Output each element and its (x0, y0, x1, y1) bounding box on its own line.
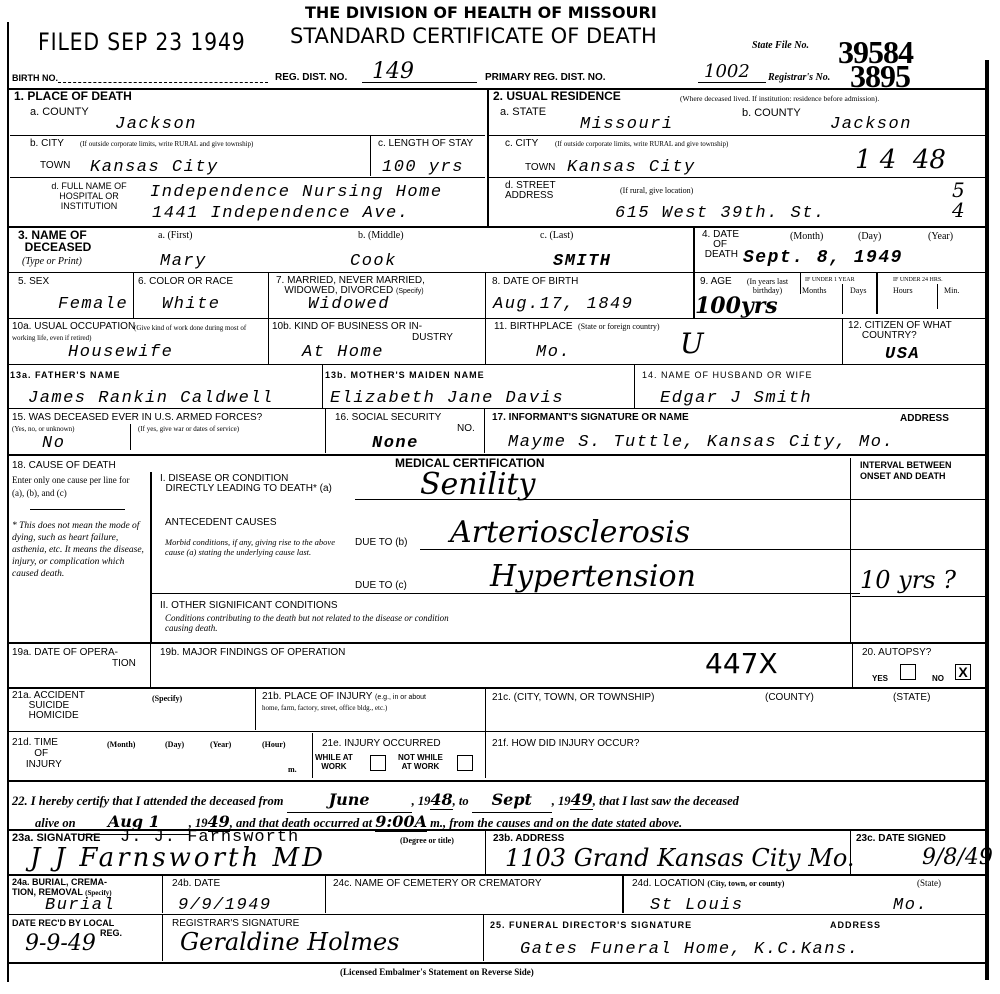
place-of-death-label: 1. PLACE OF DEATH (14, 91, 132, 102)
not-at-work-label: NOT WHILEAT WORK (398, 753, 443, 771)
name-note: (Type or Print) (22, 256, 82, 267)
father-name: James Rankin Caldwell (28, 390, 274, 408)
funeral-director-label: 25. FUNERAL DIRECTOR'S SIGNATURE (490, 920, 692, 931)
antecedent-note: Morbid conditions, if any, giving rise t… (165, 537, 350, 557)
physician-signature: J J Farnsworth MD (30, 846, 326, 870)
time-injury-label: 21d. TIME OF INJURY (12, 737, 62, 770)
under-1-year-label: IF UNDER 1 YEAR (805, 276, 855, 285)
min-label: Min. (944, 286, 959, 295)
cemetery-label: 24c. NAME OF CEMETERY OR CREMATORY (333, 878, 542, 889)
death-city: Kansas City (90, 159, 219, 177)
occupation-note: (Give kind of work done during most of w… (12, 323, 267, 343)
interval-c: 10 yrs ? (860, 568, 956, 592)
injury-city-label: 21c. (CITY, TOWN, OR TOWNSHIP) (492, 692, 654, 703)
place-injury-note: home, farm, factory, street, office bldg… (262, 704, 387, 713)
accident-specify: (Specify) (152, 694, 182, 703)
first-name: Mary (160, 253, 207, 271)
ssn: None (372, 435, 419, 453)
res-state-label: a. STATE (500, 107, 546, 118)
res-county: Jackson (830, 116, 912, 134)
degree-label: (Degree or title) (400, 836, 454, 845)
funeral-address-label: ADDRESS (830, 920, 881, 931)
injury-m-label: m. (288, 765, 297, 774)
date-of-birth: Aug.17, 1849 (493, 296, 633, 314)
residence-note: (Where deceased lived. If institution: r… (680, 94, 879, 103)
at-work-checkbox[interactable] (370, 755, 386, 771)
primary-reg-dist-number: 1002 (704, 60, 750, 84)
cause-note: Enter only one cause per line for (a), (… (12, 474, 142, 500)
informant-label: 17. INFORMANT'S SIGNATURE OR NAME (492, 412, 689, 423)
hospital-label: d. FULL NAME OF HOSPITAL OR INSTITUTION (30, 181, 148, 211)
reg-dist-number: 149 (372, 60, 414, 84)
burial-state: Mo. (893, 897, 928, 915)
spouse-label: 14. NAME OF HUSBAND OR WIFE (642, 370, 813, 381)
injury-county-label: (COUNTY) (765, 692, 814, 703)
registrar-signature: Geraldine Holmes (180, 930, 400, 954)
injury-year-label: (Year) (210, 740, 231, 749)
disposition-label: 24a. BURIAL, CREMA-TION, REMOVAL (Specif… (12, 877, 112, 898)
street-label: d. STREET ADDRESS (505, 181, 585, 201)
citizen: USA (885, 346, 920, 364)
injury-day-label: (Day) (165, 740, 184, 749)
disposition: Burial (45, 897, 115, 915)
injury-month-label: (Month) (107, 740, 135, 749)
part-2-note: Conditions contributing to the death but… (165, 613, 455, 633)
op-findings-label: 19b. MAJOR FINDINGS OF OPERATION (160, 647, 345, 658)
burial-date: 9/9/1949 (178, 897, 272, 915)
funeral-director: Gates Funeral Home, K.C.Kans. (520, 941, 859, 959)
dod-day-label: (Day) (858, 232, 881, 241)
place-injury-label: 21b. PLACE OF INJURY (e.g., in or about (262, 691, 426, 703)
due-to-c-label: DUE TO (c) (355, 580, 407, 591)
city-label: b. CITY (30, 138, 64, 149)
death-county: Jackson (115, 116, 197, 134)
length-of-stay: 100 yrs (382, 159, 464, 177)
autopsy-yes-label: YES (872, 673, 888, 684)
occupation: Housewife (68, 344, 173, 362)
not-at-work-checkbox[interactable] (457, 755, 473, 771)
birthplace-label: 11. BIRTHPLACE (494, 321, 573, 332)
business: At Home (302, 344, 384, 362)
res-state: Missouri (580, 116, 674, 134)
injury-occurred-label: 21e. INJURY OCCURRED (322, 738, 441, 749)
name-label: 3. NAME OF DECEASED (18, 229, 91, 253)
marital-status: Widowed (308, 296, 390, 314)
res-city-note: (If outside corporate limits, write RURA… (555, 140, 728, 149)
birthplace-mark: U (680, 332, 704, 356)
ssn-label: 16. SOCIAL SECURITYNO. (335, 412, 475, 434)
middle-label: b. (Middle) (358, 231, 404, 240)
dod-year-label: (Year) (928, 232, 953, 241)
physician-address: 1103 Grand Kansas City Mo. (505, 846, 854, 870)
last-name: SMITH (553, 253, 612, 271)
hospital-name: Independence Nursing Home (150, 184, 443, 202)
accident-label: 21a. ACCIDENT SUICIDE HOMICIDE (12, 691, 85, 721)
due-to-b-label: DUE TO (b) (355, 537, 407, 548)
father-label: 13a. FATHER'S NAME (10, 370, 121, 381)
left-border (7, 22, 9, 982)
county-label: a. COUNTY (30, 107, 89, 118)
sex: Female (58, 296, 128, 314)
town-label: TOWN (40, 160, 70, 171)
res-city-label: c. CITY (505, 138, 538, 149)
dod-month-label: (Month) (790, 232, 823, 241)
armed-forces: No (42, 435, 65, 453)
informant-address-label: ADDRESS (900, 413, 949, 424)
autopsy-no-checkbox[interactable]: X (955, 664, 971, 680)
attended-from-year: 48 (430, 790, 452, 810)
spouse-name: Edgar J Smith (660, 390, 812, 408)
part-1-label: I. DISEASE OR CONDITION DIRECTLY LEADING… (160, 474, 332, 494)
code-mark: 447X (705, 652, 778, 676)
marital-label: 7. MARRIED, NEVER MARRIED, WIDOWED, DIVO… (276, 276, 425, 297)
cause-c: Hypertension (490, 562, 696, 592)
birthplace: Mo. (536, 344, 571, 362)
mother-label: 13b. MOTHER'S MAIDEN NAME (325, 370, 485, 381)
attended-to-year: 49 (570, 790, 592, 810)
part-2-label: II. OTHER SIGNIFICANT CONDITIONS (160, 600, 338, 611)
birth-no-label: BIRTH NO. (12, 73, 58, 84)
op-date-label: 19a. DATE OF OPERA-TION (12, 647, 136, 669)
date-received: 9-9-49 (25, 932, 96, 956)
margin-code: 1 4 48 (855, 148, 946, 172)
race: White (162, 296, 221, 314)
months-label: Months (802, 286, 826, 295)
margin-code-2: 54 (952, 180, 965, 220)
burial-location: St Louis (650, 897, 744, 915)
date-of-death: Sept. 8, 1949 (743, 249, 903, 267)
sex-label: 5. SEX (18, 276, 49, 287)
certificate-title: STANDARD CERTIFICATE OF DEATH (290, 24, 657, 48)
res-county-label: b. COUNTY (742, 108, 801, 119)
middle-name: Cook (350, 253, 397, 271)
cause-of-death-label: 18. CAUSE OF DEATH (12, 460, 116, 471)
antecedent-label: ANTECEDENT CAUSES (165, 517, 277, 528)
under-24-hrs-label: IF UNDER 24 HRS. (893, 276, 943, 285)
dob-label: 8. DATE OF BIRTH (492, 276, 578, 287)
injury-state-label: (STATE) (893, 692, 930, 703)
divider (487, 88, 489, 226)
last-label: c. (Last) (540, 231, 573, 240)
autopsy-no-label: NO (932, 673, 944, 684)
autopsy-label: 20. AUTOPSY? (862, 647, 931, 658)
death-certificate: FILED SEP 23 1949 THE DIVISION OF HEALTH… (0, 0, 1000, 994)
check-x-icon: X (958, 664, 967, 680)
armed-note-1: (Yes, no, or unknown) (12, 425, 74, 434)
street-note: (If rural, give location) (620, 186, 693, 195)
interval-label: INTERVAL BETWEENONSET AND DEATH (860, 460, 952, 482)
birthplace-note: (State or foreign country) (578, 322, 660, 331)
cause-a: Senility (420, 470, 535, 500)
cause-b: Arteriosclerosis (450, 518, 690, 548)
first-label: a. (First) (158, 231, 192, 240)
citizen-label: 12. CITIZEN OF WHAT COUNTRY? (848, 321, 952, 341)
race-label: 6. COLOR OR RACE (138, 276, 233, 287)
informant: Mayme S. Tuttle, Kansas City, Mo. (508, 434, 894, 452)
mother-name: Elizabeth Jane Davis (330, 390, 564, 408)
hours-label: Hours (893, 286, 913, 295)
while-at-work-label: WHILE ATWORK (315, 753, 353, 771)
footer-note: (Licensed Embalmer's Statement on Revers… (340, 968, 534, 977)
filed-stamp: FILED SEP 23 1949 (38, 28, 246, 56)
location-label: 24d. LOCATION (City, town, or county) (632, 878, 784, 889)
date-signed-label: 23c. DATE SIGNED (856, 833, 946, 844)
cause-footnote: * This does not mean the mode of dying, … (12, 520, 147, 580)
residence-label: 2. USUAL RESIDENCE (493, 91, 621, 102)
res-street: 615 West 39th. St. (615, 205, 826, 223)
right-border (985, 60, 989, 980)
age: 100yrs (695, 294, 778, 318)
division-title: THE DIVISION OF HEALTH OF MISSOURI (305, 3, 657, 22)
res-town-label: TOWN (525, 162, 555, 173)
res-city: Kansas City (567, 159, 696, 177)
injury-hour-label: (Hour) (262, 740, 286, 749)
armed-forces-label: 15. WAS DECEASED EVER IN U.S. ARMED FORC… (12, 412, 262, 423)
days-label: Days (850, 286, 866, 295)
address-label: 23b. ADDRESS (493, 833, 564, 844)
state-file-label: State File No. (752, 40, 809, 51)
date-of-death-label: 4. DATE OF DEATH (702, 230, 739, 260)
autopsy-yes-checkbox[interactable] (900, 664, 916, 680)
business-label: 10b. KIND OF BUSINESS OR IN-DUSTRY (272, 321, 453, 343)
date-signed: 9/8/49 (922, 846, 993, 870)
burial-date-label: 24b. DATE (172, 878, 220, 889)
registrars-no-label: Registrar's No. (768, 72, 830, 83)
primary-reg-dist-label: PRIMARY REG. DIST. NO. (485, 72, 606, 83)
age-label: 9. AGE (700, 276, 732, 287)
reg-dist-label: REG. DIST. NO. (275, 72, 347, 83)
burial-state-label: (State) (917, 879, 941, 888)
armed-note-2: (If yes, give war or dates of service) (138, 425, 239, 434)
hospital-address: 1441 Independence Ave. (152, 205, 409, 223)
city-note: (If outside corporate limits, write RURA… (80, 140, 253, 149)
length-of-stay-label: c. LENGTH OF STAY (378, 138, 473, 149)
how-injury-label: 21f. HOW DID INJURY OCCUR? (492, 738, 639, 749)
